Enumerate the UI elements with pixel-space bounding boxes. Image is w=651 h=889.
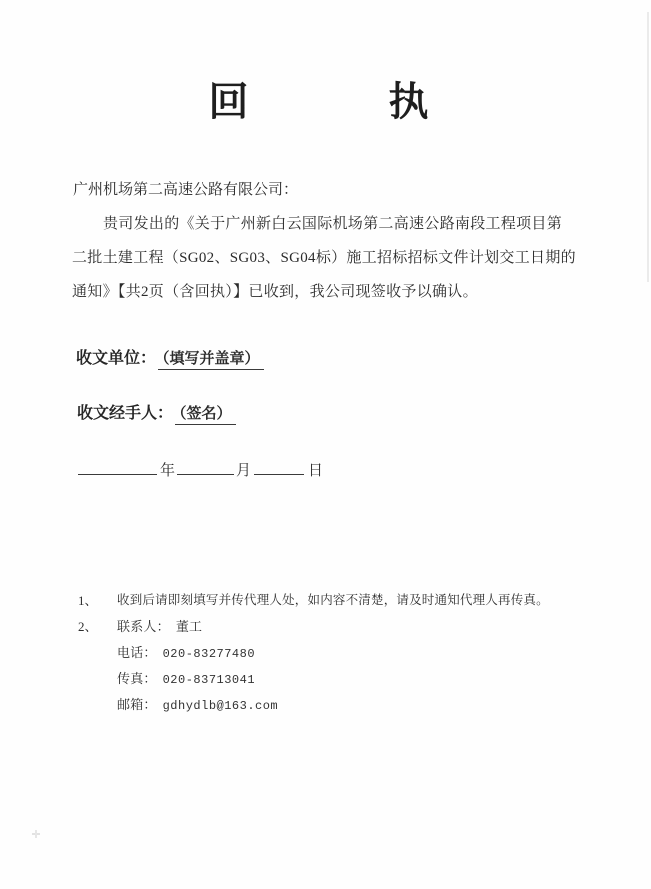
phone-row: 电话：020-83277480 (117, 642, 255, 661)
fax-number: 020-83713041 (163, 673, 255, 687)
email-address: gdhydlb@163.com (163, 699, 279, 713)
phone-number: 020-83277480 (163, 647, 255, 661)
note-1-text: 收到后请即刻填写并传代理人处，如内容不清楚，请及时通知代理人再传真。 (117, 590, 549, 608)
note-1-number: 1、 (78, 590, 98, 609)
receiving-handler-label: 收文经手人： (77, 405, 173, 422)
fax-row: 传真：020-83713041 (117, 668, 255, 687)
year-fill-blank (78, 458, 157, 475)
fax-label: 传真： (117, 671, 157, 686)
receiving-unit-row: 收文单位：（填写并盖章） (76, 349, 264, 368)
body-paragraph-line-2: 二批土建工程（SG02、SG03、SG04标）施工招标招标文件计划交工日期的 (72, 249, 576, 267)
scan-artifact-right-edge-line (647, 12, 649, 282)
note-2-contact-person: 联系人：董工 (117, 616, 208, 635)
note-2-number: 2、 (78, 616, 98, 635)
recipient-line: 广州机场第二高速公路有限公司： (73, 181, 298, 199)
page-title: 回执 (0, 82, 651, 122)
email-label: 邮箱： (117, 697, 157, 712)
day-label: 日 (308, 463, 323, 479)
body-paragraph-line-3: 通知》【共2页（含回执）】已收到，我公司现签收予以确认。 (72, 283, 478, 301)
day-fill-blank (254, 458, 304, 475)
email-row: 邮箱：gdhydlb@163.com (117, 694, 278, 713)
receiving-handler-signature-blank: （签名） (175, 406, 236, 425)
scan-artifact-smudge (35, 830, 37, 838)
body-paragraph-line-1: 贵司发出的《关于广州新白云国际机场第二高速公路南段工程项目第 (103, 215, 562, 233)
contact-person-label: 联系人： (117, 619, 170, 634)
receiving-unit-label: 收文单位： (76, 350, 156, 367)
receiving-handler-row: 收文经手人：（签名） (77, 404, 236, 423)
year-label: 年 (160, 463, 175, 479)
scanned-receipt-document: 回执 广州机场第二高速公路有限公司： 贵司发出的《关于广州新白云国际机场第二高速… (0, 0, 651, 889)
date-row: 年月日 (78, 458, 323, 480)
receiving-unit-fill-blank: （填写并盖章） (158, 351, 264, 370)
contact-person-name: 董工 (176, 619, 202, 634)
month-fill-blank (177, 458, 234, 475)
phone-label: 电话： (117, 645, 157, 660)
month-label: 月 (236, 463, 251, 479)
